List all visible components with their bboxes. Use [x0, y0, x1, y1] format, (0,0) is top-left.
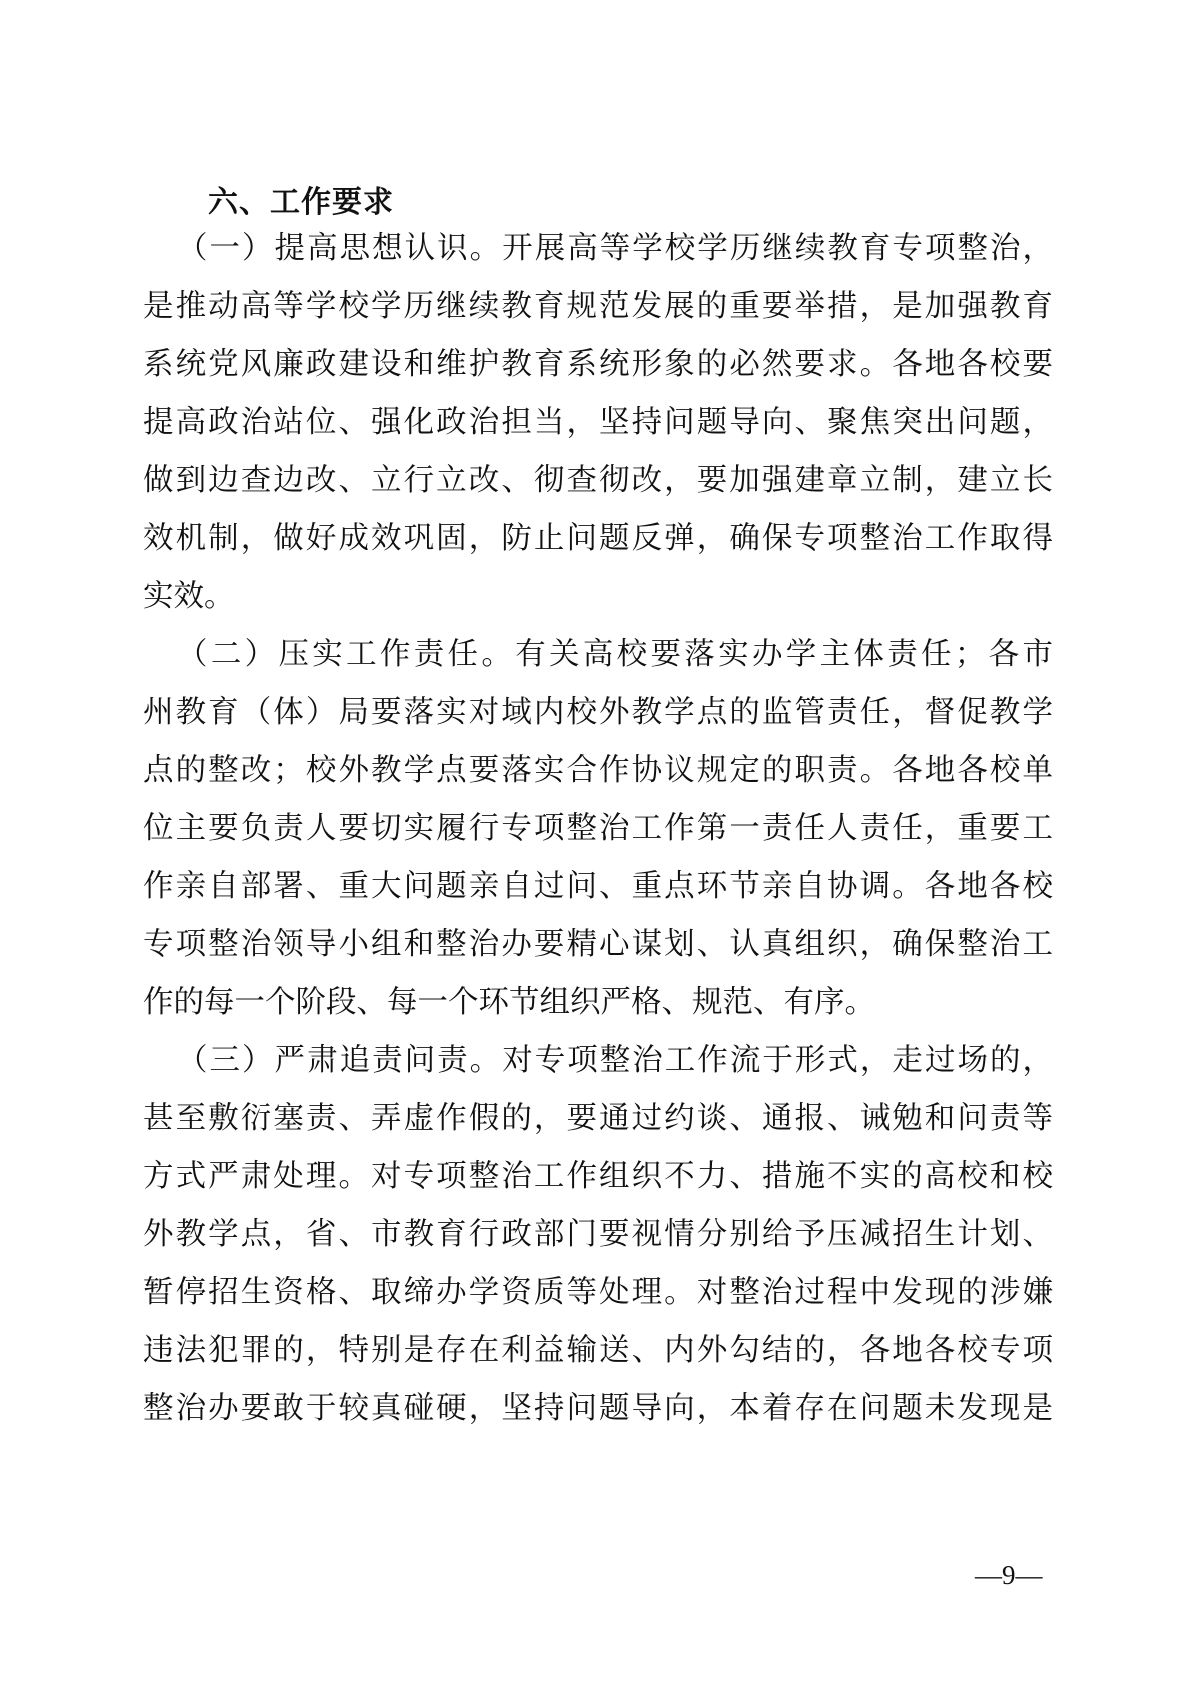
section-heading: 六、工作要求: [208, 183, 394, 223]
paragraph-1-line-6: 效机制，做好成效巩固，防止问题反弹，确保专项整治工作取得: [143, 519, 1053, 559]
paragraph-2-line-5: 作亲自部署、重大问题亲自过问、重点环节亲自协调。各地各校: [143, 867, 1053, 907]
document-page: 六、工作要求 （一）提高思想认识。开展高等学校学历继续教育专项整治， 是推动高等…: [0, 0, 1191, 1684]
paragraph-2-line-1: （二）压实工作责任。有关高校要落实办学主体责任；各市: [177, 635, 1053, 675]
paragraph-2-line-4: 位主要负责人要切实履行专项整治工作第一责任人责任，重要工: [143, 809, 1053, 849]
paragraph-2-line-7: 作的每一个阶段、每一个环节组织严格、规范、有序。: [143, 983, 1053, 1023]
paragraph-1-line-5: 做到边查边改、立行立改、彻查彻改，要加强建章立制，建立长: [143, 461, 1053, 501]
paragraph-1-line-2: 是推动高等学校学历继续教育规范发展的重要举措，是加强教育: [143, 287, 1053, 327]
page-number: —9—: [975, 1560, 1043, 1590]
paragraph-1-line-4: 提高政治站位、强化政治担当，坚持问题导向、聚焦突出问题，: [143, 403, 1053, 443]
paragraph-2-line-3: 点的整改；校外教学点要落实合作协议规定的职责。各地各校单: [143, 751, 1053, 791]
paragraph-3-line-5: 暂停招生资格、取缔办学资质等处理。对整治过程中发现的涉嫌: [143, 1273, 1053, 1313]
paragraph-3-line-1: （三）严肃追责问责。对专项整治工作流于形式，走过场的，: [177, 1041, 1053, 1081]
paragraph-1-line-1: （一）提高思想认识。开展高等学校学历继续教育专项整治，: [177, 229, 1053, 269]
paragraph-3-line-2: 甚至敷衍塞责、弄虚作假的，要通过约谈、通报、诫勉和问责等: [143, 1099, 1053, 1139]
paragraph-1-line-3: 系统党风廉政建设和维护教育系统形象的必然要求。各地各校要: [143, 345, 1053, 385]
paragraph-1-line-7: 实效。: [143, 577, 1053, 617]
paragraph-2-line-6: 专项整治领导小组和整治办要精心谋划、认真组织，确保整治工: [143, 925, 1053, 965]
paragraph-3-line-7: 整治办要敢于较真碰硬，坚持问题导向，本着存在问题未发现是: [143, 1389, 1053, 1429]
paragraph-3-line-4: 外教学点，省、市教育行政部门要视情分别给予压减招生计划、: [143, 1215, 1053, 1255]
paragraph-3-line-6: 违法犯罪的，特别是存在利益输送、内外勾结的，各地各校专项: [143, 1331, 1053, 1371]
paragraph-3-line-3: 方式严肃处理。对专项整治工作组织不力、措施不实的高校和校: [143, 1157, 1053, 1197]
paragraph-2-line-2: 州教育（体）局要落实对域内校外教学点的监管责任，督促教学: [143, 693, 1053, 733]
